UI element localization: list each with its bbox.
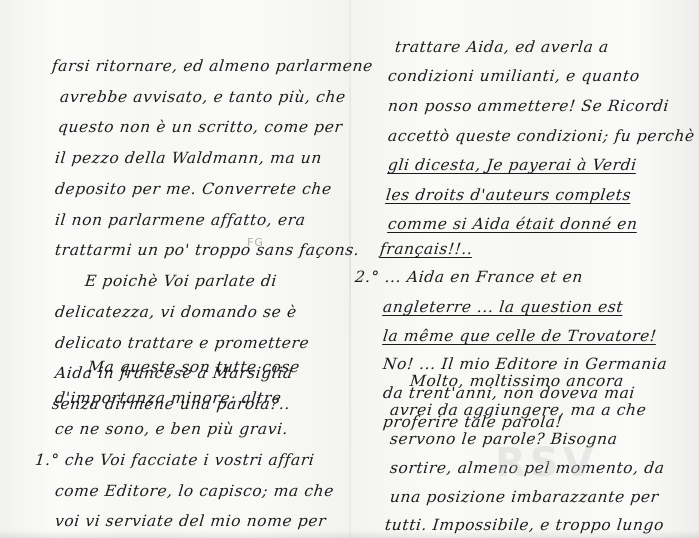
handwritten-line: ce ne sono, e ben più gravi. [54,420,289,438]
handwritten-line: trattarmi un po' troppo sans façons. [54,241,360,259]
handwritten-line-underlined: la même que celle de Trovatore! [382,327,658,345]
handwritten-line: 1.° che Voi facciate i vostri affari [34,451,315,469]
handwritten-line: il pezzo della Waldmann, ma un [54,149,323,167]
handwritten-line: No! ... Il mio Editore in Germania [382,355,668,373]
handwritten-line: il non parlarmene affatto, era [54,211,307,229]
handwritten-line: non posso ammettere! Se Ricordi [387,97,670,115]
handwritten-line-underlined: français!!.. [379,240,474,258]
handwritten-line: voi vi serviate del mio nome per [54,512,327,530]
handwritten-line: delicato trattare e promettere [54,334,310,352]
archive-watermark: RSV [495,440,598,486]
handwritten-line: avrei da aggiungere, ma a che [389,401,647,419]
handwritten-line: accettò queste condizioni; fu perchè [387,127,696,145]
handwritten-line: trattare Aida, ed averla a [394,38,610,56]
handwritten-line: questo non è un scritto, come per [57,118,343,136]
archive-stamp: FG [247,236,264,249]
handwritten-line: delicatezza, vi domando se è [54,303,298,321]
handwritten-line: avrebbe avvisato, e tanto più, che [59,88,347,106]
handwritten-line: deposito per me. Converrete che [54,180,333,198]
handwritten-line: una posizione imbarazzante per [389,488,660,506]
handwritten-line: come Editore, lo capisco; ma che [54,482,335,500]
handwritten-line: d'importanza minore: altre [54,389,283,407]
handwritten-line: farsi ritornare, ed almeno parlarmene [51,57,374,75]
handwritten-line: E poichè Voi parlate di [84,272,278,290]
handwritten-line: Ma queste son tutte cose [87,358,301,376]
handwritten-line-underlined: comme si Aida était donné en [387,215,639,233]
handwritten-line-underlined: gli dicesta, Je payerai à Verdi [387,156,638,174]
handwritten-line: 2.° ... Aida en France et en [354,268,584,286]
left-page: farsi ritornare, ed almeno parlarmene av… [0,0,350,538]
handwritten-line: condizioni umilianti, e quanto [387,67,641,85]
handwritten-line-underlined: angleterre ... la question est [382,298,624,316]
handwritten-line: Molto, moltissimo ancora [409,372,625,390]
handwritten-line-underlined: les droits d'auteurs complets [385,186,632,204]
handwritten-line: tutti. Impossibile, e troppo lungo [384,516,665,534]
right-page: trattare Aida, ed averla a condizioni um… [350,0,699,538]
